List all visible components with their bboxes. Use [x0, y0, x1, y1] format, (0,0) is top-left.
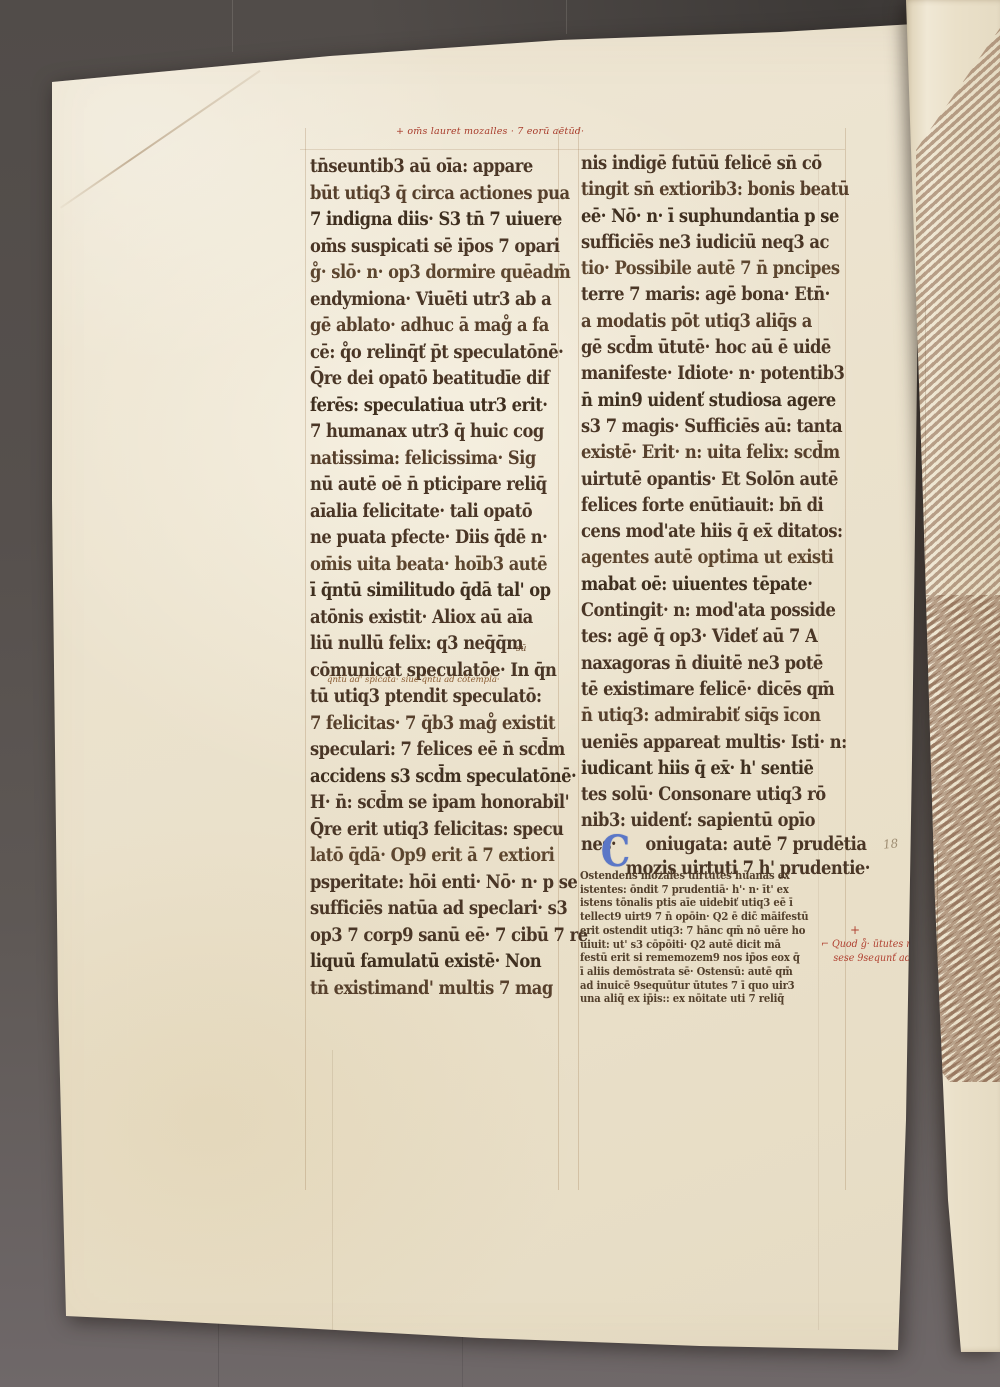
facing-page-edge	[903, 0, 1000, 1352]
page-curl-crease	[925, 300, 926, 720]
photograph-backdrop: + om̄s lauret mozalles · 7 eorū aētūd· t…	[0, 0, 1000, 1387]
page-curl-crease	[937, 850, 938, 1330]
facing-page-wrapper	[0, 0, 1000, 1387]
facing-page-text-texture	[916, 0, 1000, 1082]
facing-page-text-lines	[916, 595, 1000, 1082]
